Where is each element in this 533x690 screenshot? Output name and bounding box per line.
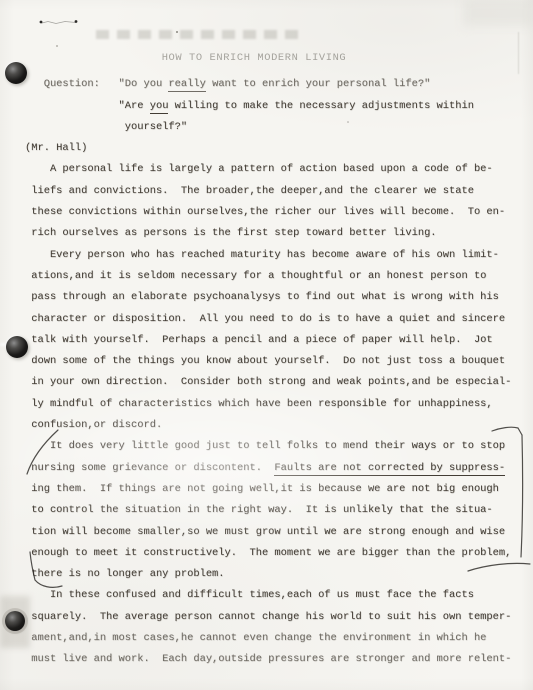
dust-speck	[56, 45, 58, 47]
text-line: confusion,or discord.	[25, 415, 529, 436]
binder-hole-middle	[6, 336, 28, 358]
text-line: down some of the things you know about y…	[25, 351, 529, 372]
text-line: ations,and it is seldom necessary for a …	[25, 266, 529, 287]
pen-dot	[75, 20, 78, 23]
text-line: "Are you willing to make the necessary a…	[25, 96, 529, 117]
text-line: nursing some grievance or discontent. Fa…	[25, 458, 529, 479]
text-line: must live and work. Each day,outside pre…	[25, 649, 529, 670]
text-line: tion will become smaller,so we must grow…	[25, 522, 529, 543]
underlined-text: you	[150, 100, 169, 114]
text-line: these convictions within ourselves,the r…	[25, 202, 529, 223]
text-line: there is no longer any problem.	[25, 564, 529, 585]
typewritten-page: HOW TO ENRICH MODERN LIVING Question: "D…	[0, 0, 533, 690]
text-line: squarely. The average person cannot chan…	[25, 607, 529, 628]
text-line: rich ourselves as persons is the first s…	[25, 223, 529, 244]
text-line: enough to meet it constructively. The mo…	[25, 543, 529, 564]
text-line: In these confused and difficult times,ea…	[25, 585, 529, 606]
pen-dot	[40, 21, 43, 24]
binder-hole-bottom	[5, 611, 25, 631]
text-line: It does very little good just to tell fo…	[25, 436, 529, 457]
text-line: character or disposition. All you need t…	[25, 309, 529, 330]
document-text: HOW TO ENRICH MODERN LIVING Question: "D…	[25, 48, 529, 671]
text-line: pass through an elaborate psychoanalysys…	[25, 287, 529, 308]
text-line: Question: "Do you really want to enrich …	[25, 74, 529, 95]
text-line: ing them. If things are not going well,i…	[25, 479, 529, 500]
text-line: talk with yourself. Perhaps a pencil and…	[25, 330, 529, 351]
text-line: Every person who has reached maturity ha…	[25, 245, 529, 266]
text-line: (Mr. Hall)	[25, 138, 529, 159]
document-title-line: HOW TO ENRICH MODERN LIVING	[25, 48, 529, 69]
pen-scribble-top-left	[42, 22, 76, 24]
underlined-text: Faults are not corrected by suppress-	[274, 462, 505, 476]
text-line: liefs and convictions. The broader,the d…	[25, 181, 529, 202]
text-line: yourself?"	[25, 117, 529, 138]
text-line: to control the situation in the right wa…	[25, 500, 529, 521]
erased-text-ghost	[96, 30, 301, 39]
dust-speck	[176, 31, 178, 33]
text-line: ament,and,in most cases,he cannot even c…	[25, 628, 529, 649]
underlined-text: really	[168, 78, 205, 92]
text-line: ly mindful of characteristics which have…	[25, 394, 529, 415]
paper-smudge	[463, 0, 533, 26]
text-line: A personal life is largely a pattern of …	[25, 159, 529, 180]
text-line: in your own direction. Consider both str…	[25, 372, 529, 393]
binder-hole-top	[5, 62, 27, 84]
